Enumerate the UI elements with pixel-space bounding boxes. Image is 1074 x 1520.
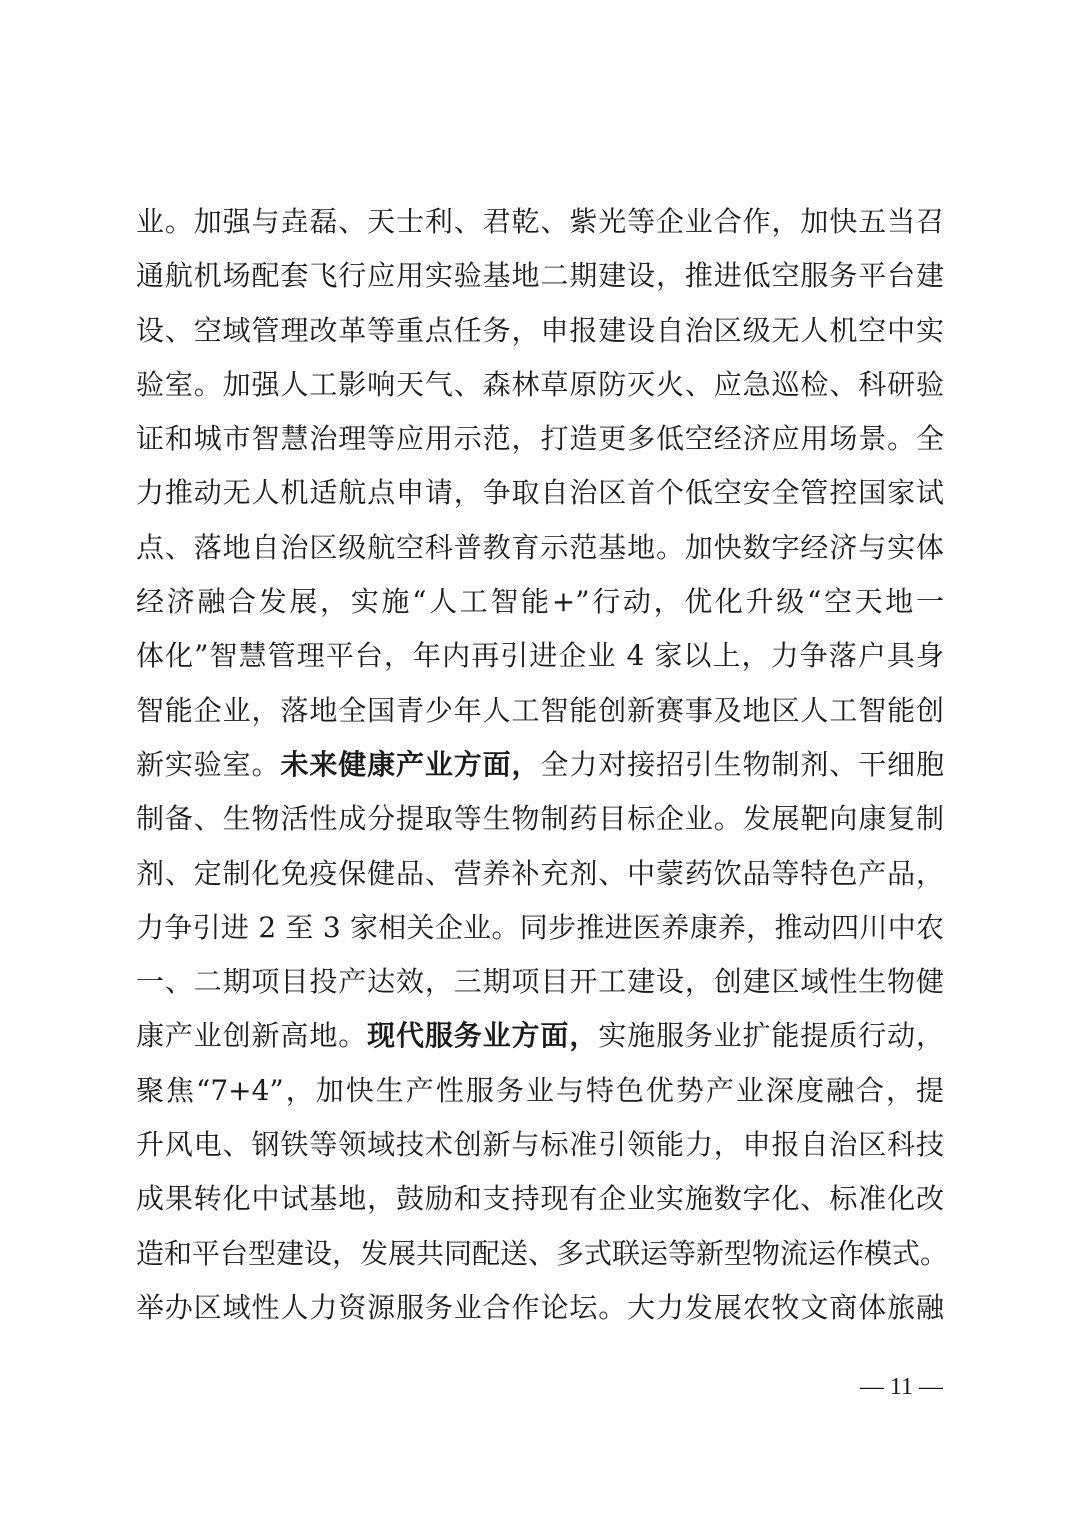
text-line: 一、二期项目投产达效，三期项目开工建设，创建区域性生物健 (136, 959, 944, 1013)
text-line: 成果转化中试基地，鼓励和支持现有企业实施数字化、标准化改 (136, 1176, 944, 1230)
text-line: 聚焦“7+4”，加快生产性服务业与特色优势产业深度融合，提 (136, 1068, 944, 1122)
text-run: 康产业创新高地。 (136, 1019, 367, 1052)
text-run: 证和城市智慧治理等应用示范，打造更多低空经济应用场景。全 (136, 422, 944, 455)
text-line: 体化”智慧管理平台，年内再引进企业 4 家以上，力争落户具身 (136, 633, 944, 687)
text-line: 造和平台型建设，发展共同配送、多式联运等新型物流运作模式。 (136, 1231, 944, 1285)
text-line: 制备、生物活性成分提取等生物制药目标企业。发展靶向康复制 (136, 796, 944, 850)
text-run: 点、落地自治区级航空科普教育示范基地。加快数字经济与实体 (136, 531, 944, 564)
text-run: 成果转化中试基地，鼓励和支持现有企业实施数字化、标准化改 (136, 1182, 944, 1215)
text-line: 新实验室。未来健康产业方面，全力对接招引生物制剂、干细胞 (136, 742, 944, 796)
text-run: 验室。加强人工影响天气、森林草原防灭火、应急巡检、科研验 (136, 368, 944, 401)
text-run: 力推动无人机适航点申请，争取自治区首个低空安全管控国家试 (136, 476, 944, 509)
section-heading-inline: 未来健康产业方面， (280, 748, 540, 781)
text-run: 设、空域管理改革等重点任务，申报建设自治区级无人机空中实 (136, 314, 944, 347)
text-line: 点、落地自治区级航空科普教育示范基地。加快数字经济与实体 (136, 525, 944, 579)
text-run: 升风电、钢铁等领域技术创新与标准引领能力，申报自治区科技 (136, 1128, 944, 1161)
text-line: 经济融合发展，实施“人工智能+”行动，优化升级“空天地一 (136, 579, 944, 633)
text-run: 力争引进 2 至 3 家相关企业。同步推进医养康养，推动四川中农 (136, 911, 944, 944)
text-run: 新实验室。 (136, 748, 280, 781)
page-number: — 11 — (853, 1372, 943, 1402)
text-line: 智能企业，落地全国青少年人工智能创新赛事及地区人工智能创 (136, 688, 944, 742)
body-paragraph: 业。加强与垚磊、天士利、君乾、紫光等企业合作，加快五当召通航机场配套飞行应用实验… (136, 199, 944, 1339)
text-run: 通航机场配套飞行应用实验基地二期建设，推进低空服务平台建 (136, 259, 944, 292)
text-run: 智能企业，落地全国青少年人工智能创新赛事及地区人工智能创 (136, 694, 944, 727)
text-line: 设、空域管理改革等重点任务，申报建设自治区级无人机空中实 (136, 308, 944, 362)
document-page: 业。加强与垚磊、天士利、君乾、紫光等企业合作，加快五当召通航机场配套飞行应用实验… (0, 0, 1074, 1520)
text-line: 通航机场配套飞行应用实验基地二期建设，推进低空服务平台建 (136, 253, 944, 307)
text-line: 举办区域性人力资源服务业合作论坛。大力发展农牧文商体旅融 (136, 1285, 944, 1339)
text-run: 造和平台型建设，发展共同配送、多式联运等新型物流运作模式。 (136, 1237, 948, 1270)
text-run: 剂、定制化免疫保健品、营养补充剂、中蒙药饮品等特色产品， (136, 857, 944, 890)
text-line: 力推动无人机适航点申请，争取自治区首个低空安全管控国家试 (136, 470, 944, 524)
text-line: 升风电、钢铁等领域技术创新与标准引领能力，申报自治区科技 (136, 1122, 944, 1176)
text-run: 制备、生物活性成分提取等生物制药目标企业。发展靶向康复制 (136, 802, 944, 835)
text-run: 实施服务业扩能提质行动， (598, 1019, 944, 1052)
text-line: 业。加强与垚磊、天士利、君乾、紫光等企业合作，加快五当召 (136, 199, 944, 253)
text-line: 验室。加强人工影响天气、森林草原防灭火、应急巡检、科研验 (136, 362, 944, 416)
text-run: 聚焦“7+4”，加快生产性服务业与特色优势产业深度融合，提 (136, 1074, 944, 1107)
text-run: 经济融合发展，实施“人工智能+”行动，优化升级“空天地一 (136, 585, 944, 618)
text-line: 康产业创新高地。现代服务业方面，实施服务业扩能提质行动， (136, 1013, 944, 1067)
text-run: 体化”智慧管理平台，年内再引进企业 4 家以上，力争落户具身 (136, 639, 944, 672)
text-line: 力争引进 2 至 3 家相关企业。同步推进医养康养，推动四川中农 (136, 905, 944, 959)
text-line: 剂、定制化免疫保健品、营养补充剂、中蒙药饮品等特色产品， (136, 851, 944, 905)
text-run: 一、二期项目投产达效，三期项目开工建设，创建区域性生物健 (136, 965, 944, 998)
text-line: 证和城市智慧治理等应用示范，打造更多低空经济应用场景。全 (136, 416, 944, 470)
section-heading-inline: 现代服务业方面， (367, 1019, 598, 1052)
text-run: 举办区域性人力资源服务业合作论坛。大力发展农牧文商体旅融 (136, 1291, 944, 1324)
text-run: 业。加强与垚磊、天士利、君乾、紫光等企业合作，加快五当召 (136, 205, 944, 238)
text-run: 全力对接招引生物制剂、干细胞 (540, 748, 944, 781)
